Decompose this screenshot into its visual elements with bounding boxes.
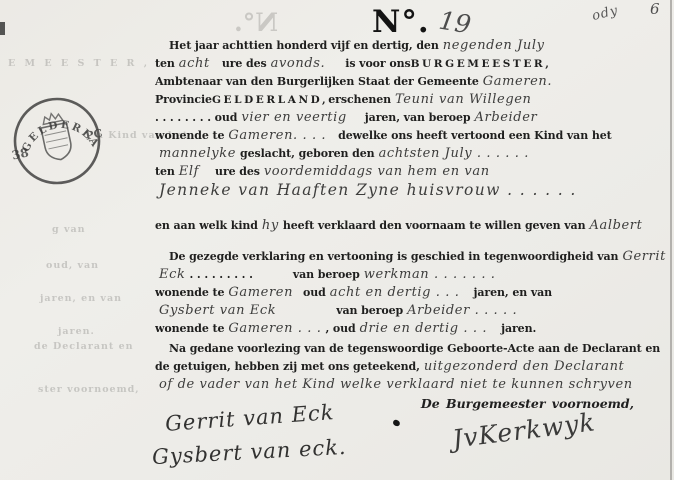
handwritten-text: drie en dertig . . . xyxy=(360,321,487,336)
text-line: Het jaar achttien honderd vijf en dertig… xyxy=(155,37,671,55)
svg-text:38: 38 xyxy=(11,145,30,162)
text-line: wonende teGameren. . . .dewelke ons heef… xyxy=(155,127,671,145)
handwritten-text: mannelyke xyxy=(159,146,236,161)
printed-text: geslacht, geboren den xyxy=(240,147,375,160)
printed-text: erschenen xyxy=(328,93,391,106)
handwritten-text: Gameren. xyxy=(483,74,552,89)
printed-text: Burgemeester, xyxy=(411,58,552,70)
handwritten-text: hy xyxy=(262,218,279,233)
handwritten-text: avonds. xyxy=(271,56,326,71)
birth-certificate-page: N°. N°. 19 ody 6 GELDERLAND 38 PC E M E … xyxy=(0,0,674,480)
handwritten-text: Gerrit van xyxy=(622,249,671,264)
printed-text: is voor ons xyxy=(345,57,410,70)
bleedthrough-text: g van xyxy=(52,224,86,235)
paragraph: De gezegde verklaring en vertooning is g… xyxy=(155,248,671,338)
printed-text: dewelke ons heeft vertoond een Kind van … xyxy=(338,129,611,142)
handwritten-text: Jenneke van Haaften Zyne huisvrouw . . .… xyxy=(159,181,577,199)
printed-text: De gezegde verklaring en vertooning is g… xyxy=(169,250,618,263)
handwritten-text: Gameren . . . xyxy=(228,321,321,336)
text-line: . . . . . . . . oudvier en veertigjaren,… xyxy=(155,109,671,127)
bleedthrough-header: N°. xyxy=(234,8,278,37)
text-line: tenElfure desvoordemiddags van hem en va… xyxy=(155,163,671,181)
printed-text: wonende te xyxy=(155,286,224,299)
printed-text: wonende te xyxy=(155,129,224,142)
handwritten-text: negenden July xyxy=(443,38,545,53)
document-number: N°. 19 xyxy=(372,4,470,40)
printed-text: jaren, van beroep xyxy=(365,111,471,124)
printed-text: en aan welk kind xyxy=(155,219,258,232)
handwritten-text: Arbeider . . . . . xyxy=(407,303,517,318)
handwritten-text: achtsten July . . . . . . xyxy=(379,146,529,161)
printed-text: , oud xyxy=(325,322,355,335)
text-line: Gysbert van Eckvan beroepArbeider . . . … xyxy=(155,302,671,320)
handwritten-text: voordemiddags van hem en van xyxy=(264,164,490,179)
document-body: Het jaar achttien honderd vijf en dertig… xyxy=(155,37,671,394)
printed-text: . . . . . . . . . xyxy=(189,268,252,281)
printed-text: Ambtenaar van den Burgerlijken Staat der… xyxy=(155,75,479,88)
printed-text: Na gedane voorlezing van de tegenswoordi… xyxy=(169,342,660,355)
ink-blot xyxy=(392,419,401,427)
printed-text: heeft verklaard den voornaam te willen g… xyxy=(283,219,586,232)
text-line: ProvincieGelderland,erschenenTeuni van W… xyxy=(155,91,671,109)
witness-signature: Gysbert van eck. xyxy=(152,435,348,469)
printed-text: ten xyxy=(155,57,175,70)
printed-text: jaren, en van xyxy=(473,286,552,299)
handwritten-text: werkman . . . . . . . xyxy=(364,267,496,282)
printed-text: ten xyxy=(155,165,175,178)
text-line: De gezegde verklaring en vertooning is g… xyxy=(155,248,671,266)
printed-text: . . . . . . . . oud xyxy=(155,111,237,124)
text-line: Eck. . . . . . . . .van beroepwerkman . … xyxy=(155,266,671,284)
handwritten-text: Gameren xyxy=(228,285,293,300)
witness-signature: Gerrit van Eck xyxy=(164,400,335,436)
printed-text: van beroep xyxy=(293,268,360,281)
number-value-handwritten: 19 xyxy=(437,6,473,40)
handwritten-text: acht xyxy=(179,56,210,71)
printed-text: jaren. xyxy=(501,322,536,335)
burgemeester-signature: JvKerkwyk xyxy=(451,407,597,453)
printed-text: van beroep xyxy=(336,304,403,317)
text-line: of de vader van het Kind welke verklaard… xyxy=(155,376,671,394)
bleedthrough-text: jaren. xyxy=(58,326,95,337)
handwritten-text: Elf xyxy=(179,164,199,179)
paragraph: Na gedane voorlezing van de tegenswoordi… xyxy=(155,340,671,394)
handwritten-text: uitgezonderd den Declarant xyxy=(424,359,625,374)
text-line: mannelykegeslacht, geboren denachtsten J… xyxy=(155,145,671,163)
text-line: Ambtenaar van den Burgerlijken Staat der… xyxy=(155,73,671,91)
printed-text: oud xyxy=(303,286,326,299)
number-label: N°. xyxy=(372,4,430,40)
printed-text: ure des xyxy=(222,57,267,70)
handwritten-text: Aalbert xyxy=(590,218,643,233)
text-line: tenachture desavonds.is voor onsBurgemee… xyxy=(155,55,671,73)
text-line: Na gedane voorlezing van de tegenswoordi… xyxy=(155,340,671,358)
text-line: de getuigen, hebben zij met ons geteeken… xyxy=(155,358,671,376)
handwritten-text: Arbeider xyxy=(475,110,538,125)
paragraph: en aan welk kindhyheeft verklaard den vo… xyxy=(155,217,671,235)
bleedthrough-text: de Declarant en xyxy=(34,341,134,352)
handwritten-text: of de vader van het Kind welke verklaard… xyxy=(159,377,633,392)
archival-annotation: ody xyxy=(591,3,620,24)
text-line: wonende teGameren . . ., ouddrie en dert… xyxy=(155,320,671,338)
handwritten-text: acht en dertig . . . xyxy=(330,285,460,300)
text-line: wonende teGamerenoudacht en dertig . . .… xyxy=(155,284,671,302)
bleedthrough-text: ster voornoemd, xyxy=(38,384,140,395)
handwritten-text: vier en veertig xyxy=(241,110,346,125)
printed-text: ure des xyxy=(215,165,260,178)
text-line: Jenneke van Haaften Zyne huisvrouw . . .… xyxy=(155,181,671,206)
printed-text: Het jaar achttien honderd vijf en dertig… xyxy=(169,39,439,52)
handwritten-text: Gameren. . . . xyxy=(228,128,326,143)
bleedthrough-text: jaren, en van xyxy=(40,293,122,304)
gelderland-tax-stamp-icon: GELDERLAND 38 PC xyxy=(0,76,122,206)
bleedthrough-text: E M E E S T E R , xyxy=(8,58,150,69)
page-number-annotation: 6 xyxy=(650,0,660,18)
scan-edge-mark xyxy=(0,22,5,35)
handwritten-text: Gysbert van Eck xyxy=(159,303,276,318)
printed-text: wonende te xyxy=(155,322,224,335)
text-line: en aan welk kindhyheeft verklaard den vo… xyxy=(155,217,671,235)
handwritten-text: Eck xyxy=(159,267,185,282)
handwritten-text: Teuni van Willegen xyxy=(395,92,531,107)
printed-text: Provincie xyxy=(155,93,212,106)
printed-text: de getuigen, hebben zij met ons geteeken… xyxy=(155,360,420,373)
burgemeester-closing-line: De Burgemeester voornoemd, xyxy=(421,396,634,411)
bleedthrough-text: oud, van xyxy=(46,260,99,271)
paragraph: Het jaar achttien honderd vijf en dertig… xyxy=(155,37,671,206)
printed-text: Gelderland, xyxy=(212,94,328,106)
